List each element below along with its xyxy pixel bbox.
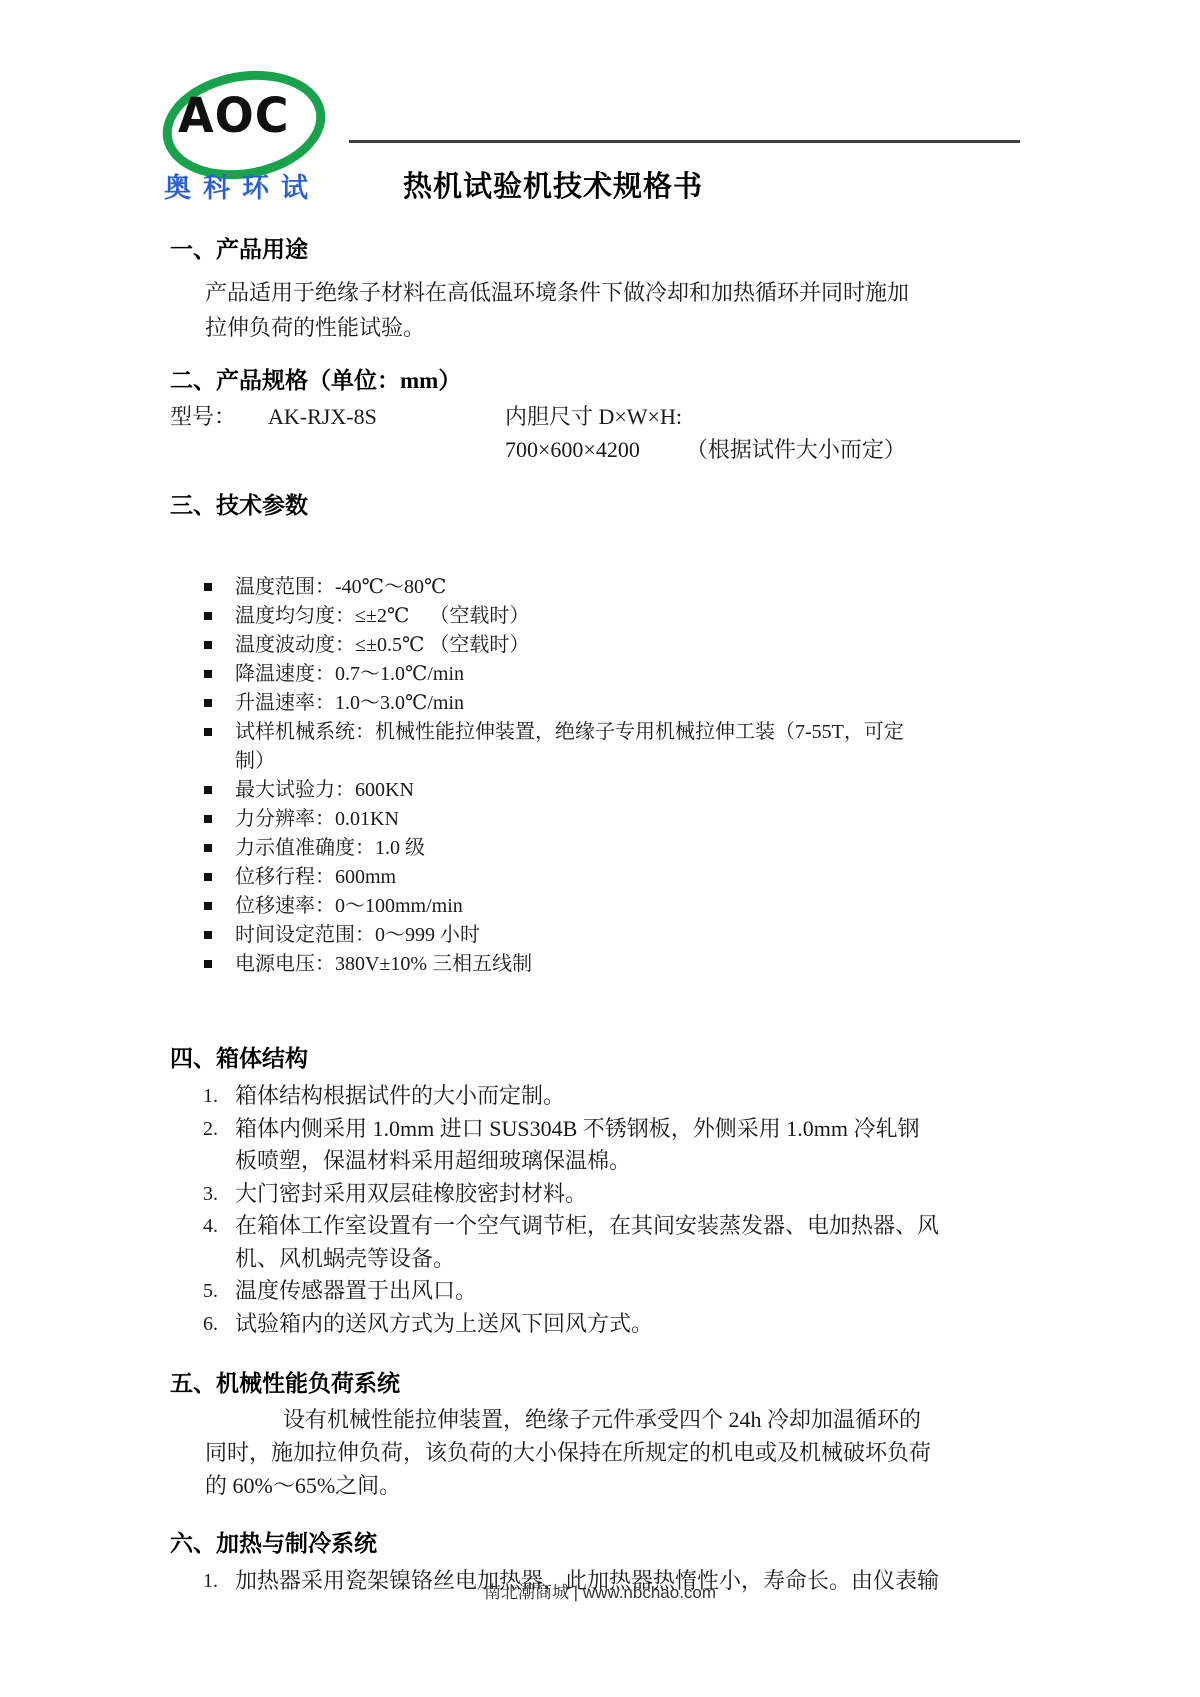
spec-model-row: 型号： AK-RJX-8S (170, 400, 505, 466)
header-divider (349, 140, 1020, 143)
logo-subtext: 奥科环试 (164, 166, 340, 205)
param-list: 温度范围：-40℃～80℃ 温度均匀度：≤±2℃ （空载时） 温度波动度：≤±0… (170, 573, 930, 979)
model-label: 型号： (170, 400, 236, 466)
param-item: 力分辨率：0.01KN (170, 805, 930, 834)
param-item: 升温速率：1.0～3.0℃/min (170, 689, 930, 718)
param-item: 最大试验力：600KN (170, 776, 930, 805)
aoc-logo: AOC 奥科环试 (160, 70, 340, 200)
param-item: 时间设定范围：0～999 小时 (170, 921, 930, 950)
dimension-value-row: 700×600×4200 （根据试件大小而定） (505, 433, 906, 466)
param-item: 力示值准确度：1.0 级 (170, 834, 930, 863)
dimension-value: 700×600×4200 (505, 433, 640, 466)
cabinet-list: 箱体结构根据试件的大小而定制。 箱体内侧采用 1.0mm 进口 SUS304B … (170, 1080, 940, 1340)
logo-text: AOC (178, 91, 308, 139)
section-technical-params: 三、技术参数 温度范围：-40℃～80℃ 温度均匀度：≤±2℃ （空载时） 温度… (170, 492, 970, 979)
section-heading-cabinet: 四、箱体结构 (170, 1045, 970, 1072)
param-item: 温度均匀度：≤±2℃ （空载时） (170, 602, 930, 631)
param-item: 电源电压：380V±10% 三相五线制 (170, 950, 930, 979)
section-heading-params: 三、技术参数 (170, 492, 970, 519)
section-product-spec: 二、产品规格（单位：mm） 型号： AK-RJX-8S 内胆尺寸 D×W×H: … (170, 367, 970, 466)
model-value: AK-RJX-8S (268, 400, 377, 466)
section-heading-heating: 六、加热与制冷系统 (170, 1530, 970, 1557)
cabinet-item: 温度传感器置于出风口。 (170, 1275, 940, 1308)
document-page: AOC 奥科环试 热机试验机技术规格书 一、产品用途 产品适用于绝缘子材料在高低… (0, 0, 1200, 1697)
dimension-label: 内胆尺寸 D×W×H: (505, 400, 906, 433)
param-item: 试样机械系统：机械性能拉伸装置，绝缘子专用机械拉伸工装（7-55T，可定制） (170, 718, 930, 776)
param-item: 位移行程：600mm (170, 863, 930, 892)
document-body: 一、产品用途 产品适用于绝缘子材料在高低温环境条件下做冷却和加热循环并同时施加拉… (170, 236, 970, 1598)
param-item: 温度波动度：≤±0.5℃ （空载时） (170, 631, 930, 660)
section-product-usage: 一、产品用途 产品适用于绝缘子材料在高低温环境条件下做冷却和加热循环并同时施加拉… (170, 236, 970, 345)
page-title: 热机试验机技术规格书 (403, 164, 703, 205)
cabinet-item: 试验箱内的送风方式为上送风下回风方式。 (170, 1308, 940, 1341)
cabinet-item: 大门密封采用双层硅橡胶密封材料。 (170, 1178, 940, 1211)
load-paragraph: 设有机械性能拉伸装置，绝缘子元件承受四个 24h 冷却加温循环的同时，施加拉伸负… (205, 1403, 935, 1502)
section-heading-spec: 二、产品规格（单位：mm） (170, 367, 970, 394)
section-cabinet-structure: 四、箱体结构 箱体结构根据试件的大小而定制。 箱体内侧采用 1.0mm 进口 S… (170, 1045, 970, 1340)
section-heading-usage: 一、产品用途 (170, 236, 970, 263)
dimension-note: （根据试件大小而定） (686, 433, 906, 466)
spec-dimensions: 内胆尺寸 D×W×H: 700×600×4200 （根据试件大小而定） (505, 400, 906, 466)
section-heading-load: 五、机械性能负荷系统 (170, 1370, 970, 1397)
footer-text: 南北潮商城 | www.nbchao.com (484, 1583, 716, 1602)
param-item: 位移速率：0～100mm/min (170, 892, 930, 921)
cabinet-item: 箱体结构根据试件的大小而定制。 (170, 1080, 940, 1113)
usage-paragraph: 产品适用于绝缘子材料在高低温环境条件下做冷却和加热循环并同时施加拉伸负荷的性能试… (205, 275, 917, 345)
page-footer: 南北潮商城 | www.nbchao.com (0, 1578, 1200, 1603)
cabinet-item: 在箱体工作室设置有一个空气调节柜，在其间安装蒸发器、电加热器、风机、风机蜗壳等设… (170, 1210, 940, 1275)
param-item: 温度范围：-40℃～80℃ (170, 573, 930, 602)
cabinet-item: 箱体内侧采用 1.0mm 进口 SUS304B 不锈钢板，外侧采用 1.0mm … (170, 1113, 940, 1178)
param-item: 降温速度：0.7～1.0℃/min (170, 660, 930, 689)
section-mechanical-load: 五、机械性能负荷系统 设有机械性能拉伸装置，绝缘子元件承受四个 24h 冷却加温… (170, 1370, 970, 1502)
spec-grid: 型号： AK-RJX-8S 内胆尺寸 D×W×H: 700×600×4200 （… (170, 400, 970, 466)
